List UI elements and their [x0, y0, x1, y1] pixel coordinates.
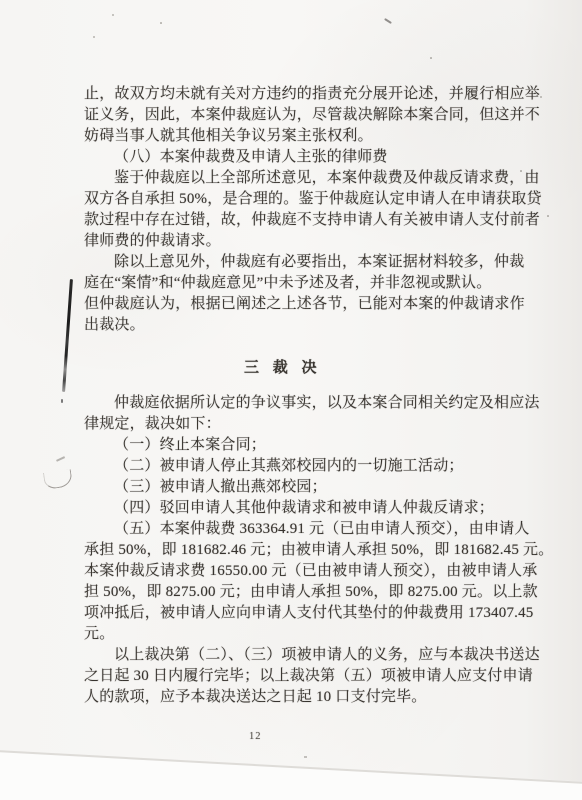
page-number: 12	[249, 731, 262, 742]
scan-speck	[547, 215, 549, 217]
scan-speck	[540, 96, 542, 98]
text-line: 项冲抵后，被申请人应向申请人支付代其垫付的仲裁费用 173407.45	[84, 603, 524, 624]
scan-speck	[430, 57, 432, 59]
text-line: 以上裁决第（二）、（三）项被申请人的义务，应与本裁决书送达	[84, 645, 524, 666]
ruling-item: （一）终止本案合同；	[84, 435, 524, 456]
scan-speck	[520, 170, 522, 172]
text-line: 但仲裁庭认为，根据已阐述之上述各节，已能对本案的仲裁请求作	[84, 294, 524, 315]
scanned-document-page: 止，故双方均未就有关对方违约的指责充分展开论述，并履行相应举 证义务，因此，本案…	[0, 0, 582, 800]
text-line: 担 50%，即 8275.00 元；由申请人承担 50%，即 8275.00 元…	[84, 582, 524, 603]
section-title: 三 裁 决	[84, 358, 524, 379]
text-line: 仲裁庭依据所认定的争议事实，以及本案合同相关约定及相应法	[84, 393, 524, 414]
ruling-item: （四）驳回申请人其他仲裁请求和被申请人仲裁反请求；	[84, 498, 524, 519]
text-line: 人的款项，应予本裁决送达之日起 10 口支付完毕。	[84, 687, 524, 708]
scan-speck	[93, 36, 95, 38]
text-line: 本案仲裁反请求费 16550.00 元（已由被申请人预交），由被申请人承	[84, 561, 524, 582]
document-body: 止，故双方均未就有关对方违约的指责充分展开论述，并履行相应举 证义务，因此，本案…	[84, 84, 524, 708]
text-line: 元。	[84, 624, 524, 645]
scan-speck	[160, 22, 162, 24]
text-line: 鉴于仲裁庭以上全部所述意见，本案仲裁费及仲裁反请求费，由	[84, 168, 524, 189]
ruling-item: （二）被申请人停止其燕郊校园内的一切施工活动；	[84, 456, 524, 477]
text-line: 止，故双方均未就有关对方违约的指责充分展开论述，并履行相应举	[84, 84, 524, 105]
scan-speck	[112, 14, 114, 16]
text-line: 证义务，因此，本案仲裁庭认为，尽管裁决解除本案合同，但这并不	[84, 105, 524, 126]
text-line: 妨碍当事人就其他相关争议另案主张权利。	[84, 126, 524, 147]
text-line: 承担 50%，即 181682.46 元；由被申请人承担 50%，即 18168…	[84, 540, 524, 561]
subsection-heading: （八）本案仲裁费及申请人主张的律师费	[84, 147, 524, 168]
text-line: 除以上意见外，仲裁庭有必要指出，本案证据材料较多，仲裁	[84, 252, 524, 273]
text-line: 庭在“案情”和“仲裁庭意见”中未予述及者，并非忽视或默认。	[84, 273, 524, 294]
text-line: 律规定，裁决如下：	[84, 414, 524, 435]
ink-dot-mark	[61, 399, 63, 403]
text-line: 款过程中存在过错，故，仲裁庭不支持申请人有关被申请人支付前者	[84, 210, 524, 231]
text-line: 之日起 30 日内履行完毕；以上裁决第（五）项被申请人应支付申请	[84, 666, 524, 687]
ruling-item: （三）被申请人撤出燕郊校园；	[84, 477, 524, 498]
ruling-item: （五）本案仲裁费 363364.91 元（已由申请人预交），由申请人	[84, 519, 524, 540]
text-line: 出裁决。	[84, 315, 524, 336]
text-line: 律师费的仲裁请求。	[84, 231, 524, 252]
scan-speck	[304, 756, 307, 758]
text-line: 双方各自承担 50%，是合理的。鉴于仲裁庭认定申请人在申请获取贷	[84, 189, 524, 210]
